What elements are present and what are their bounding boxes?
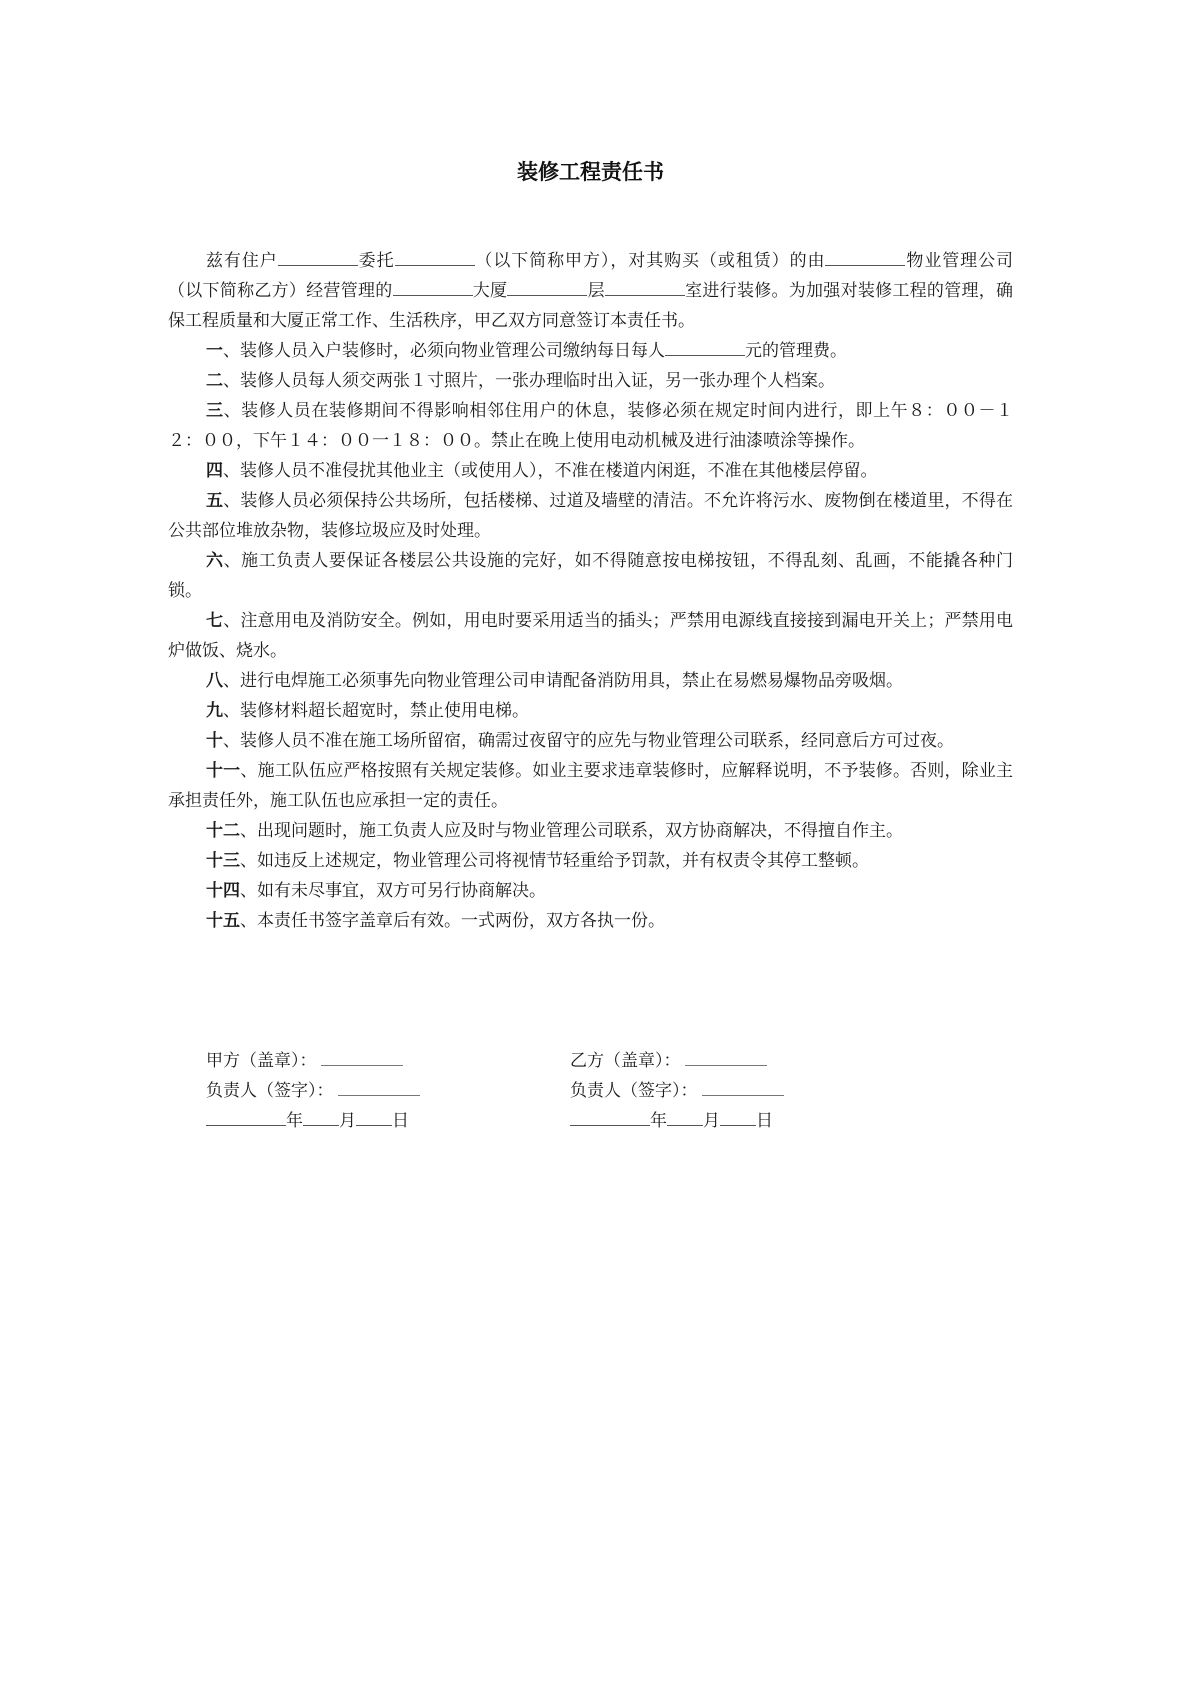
party-b-year-blank[interactable]: [570, 1107, 650, 1126]
intro-text: 大厦: [473, 281, 508, 301]
document-title: 装修工程责任书: [168, 156, 1013, 186]
party-b-signer-line: 负责人（签字）：: [570, 1076, 900, 1106]
party-b-date-line: 年月日: [570, 1106, 900, 1136]
clause-text: 、如违反上述规定，物业管理公司将视情节轻重给予罚款，并有权责令其停工整顿。: [240, 851, 869, 871]
month-label: 月: [703, 1111, 720, 1131]
clause-7: 七、注意用电及消防安全。例如，用电时要采用适当的插头；严禁用电源线直接接到漏电开…: [168, 606, 1013, 666]
day-label: 日: [756, 1111, 773, 1131]
intro-text: 兹有住户: [206, 251, 278, 271]
clause-number: 十三: [206, 851, 240, 871]
room-blank[interactable]: [605, 277, 685, 296]
party-a-signature: 甲方（盖章）： 负责人（签字）： 年月日: [206, 1046, 536, 1136]
clause-11: 十一、施工队伍应严格按照有关规定装修。如业主要求违章装修时，应解释说明，不予装修…: [168, 756, 1013, 816]
day-label: 日: [392, 1111, 409, 1131]
clause-number: 十五: [206, 911, 240, 931]
clause-number: 六: [206, 551, 224, 571]
clause-number: 十: [206, 731, 223, 751]
property-company-blank[interactable]: [825, 247, 905, 266]
clause-2: 二、装修人员每人须交两张１寸照片，一张办理临时出入证，另一张办理个人档案。: [168, 366, 1013, 396]
party-a-day-blank[interactable]: [356, 1107, 392, 1126]
clause-3: 三、装修人员在装修期间不得影响相邻住用户的休息，装修必须在规定时间内进行，即上午…: [168, 396, 1013, 456]
party-a-month-blank[interactable]: [303, 1107, 339, 1126]
agent-name-blank[interactable]: [395, 247, 475, 266]
party-a-signer-blank[interactable]: [338, 1077, 420, 1096]
intro-text: 委托: [358, 251, 395, 271]
party-b-seal-blank[interactable]: [685, 1047, 767, 1066]
party-b-signer-blank[interactable]: [702, 1077, 784, 1096]
document-body: 兹有住户委托（以下简称甲方），对其购买（或租赁）的由物业管理公司（以下简称乙方）…: [168, 246, 1013, 936]
clause-text: 、装修人员在装修期间不得影响相邻住用户的休息，装修必须在规定时间内进行，即上午８…: [168, 401, 1013, 451]
clause-text: 、装修材料超长超宽时，禁止使用电梯。: [223, 701, 529, 721]
clause-number: 七: [206, 611, 223, 631]
clause-number: 十四: [206, 881, 240, 901]
party-a-seal-line: 甲方（盖章）：: [206, 1046, 536, 1076]
clause-number: 五: [206, 491, 223, 511]
clause-number: 一: [206, 341, 223, 361]
management-fee-blank[interactable]: [665, 337, 745, 356]
party-a-date-line: 年月日: [206, 1106, 536, 1136]
party-b-signature: 乙方（盖章）： 负责人（签字）： 年月日: [570, 1046, 900, 1136]
party-b-month-blank[interactable]: [667, 1107, 703, 1126]
party-a-signer-line: 负责人（签字）：: [206, 1076, 536, 1106]
clause-text: 元的管理费。: [745, 341, 847, 361]
party-a-year-blank[interactable]: [206, 1107, 286, 1126]
clause-number: 十一: [206, 761, 240, 781]
clause-text: 、装修人员入户装修时，必须向物业管理公司缴纳每日每人: [223, 341, 665, 361]
clause-number: 二: [206, 371, 223, 391]
clause-10: 十、装修人员不准在施工场所留宿，确需过夜留守的应先与物业管理公司联系，经同意后方…: [168, 726, 1013, 756]
clause-text: 、装修人员不准侵扰其他业主（或使用人），不准在楼道内闲逛，不准在其他楼层停留。: [223, 461, 878, 481]
party-a-seal-blank[interactable]: [321, 1047, 403, 1066]
party-b-seal-line: 乙方（盖章）：: [570, 1046, 900, 1076]
clause-text: 、出现问题时，施工负责人应及时与物业管理公司联系，双方协商解决，不得擅自作主。: [240, 821, 903, 841]
clause-number: 九: [206, 701, 223, 721]
party-b-signer-label: 负责人（签字）：: [570, 1081, 698, 1101]
party-a-signer-label: 负责人（签字）：: [206, 1081, 334, 1101]
clause-14: 十四、如有未尽事宜，双方可另行协商解决。: [168, 876, 1013, 906]
intro-paragraph: 兹有住户委托（以下简称甲方），对其购买（或租赁）的由物业管理公司（以下简称乙方）…: [168, 246, 1013, 336]
clause-text: 、装修人员每人须交两张１寸照片，一张办理临时出入证，另一张办理个人档案。: [223, 371, 835, 391]
clause-4: 四、装修人员不准侵扰其他业主（或使用人），不准在楼道内闲逛，不准在其他楼层停留。: [168, 456, 1013, 486]
clause-text: 、本责任书签字盖章后有效。一式两份，双方各执一份。: [240, 911, 665, 931]
clause-number: 四: [206, 461, 223, 481]
year-label: 年: [650, 1111, 667, 1131]
clause-text: 、装修人员不准在施工场所留宿，确需过夜留守的应先与物业管理公司联系，经同意后方可…: [223, 731, 954, 751]
clause-6: 六、施工负责人要保证各楼层公共设施的完好，如不得随意按电梯按钮，不得乱刻、乱画，…: [168, 546, 1013, 606]
clause-8: 八、进行电焊施工必须事先向物业管理公司申请配备消防用具，禁止在易燃易爆物品旁吸烟…: [168, 666, 1013, 696]
clause-15: 十五、本责任书签字盖章后有效。一式两份，双方各执一份。: [168, 906, 1013, 936]
clause-number: 三: [206, 401, 224, 421]
resident-name-blank[interactable]: [278, 247, 358, 266]
party-b-seal-label: 乙方（盖章）：: [570, 1051, 681, 1071]
party-a-seal-label: 甲方（盖章）：: [206, 1051, 317, 1071]
clause-text: 、装修人员必须保持公共场所，包括楼梯、过道及墙壁的清洁。不允许将污水、废物倒在楼…: [168, 491, 1013, 541]
month-label: 月: [339, 1111, 356, 1131]
clause-9: 九、装修材料超长超宽时，禁止使用电梯。: [168, 696, 1013, 726]
clause-text: 、如有未尽事宜，双方可另行协商解决。: [240, 881, 546, 901]
building-blank[interactable]: [393, 277, 473, 296]
clause-12: 十二、出现问题时，施工负责人应及时与物业管理公司联系，双方协商解决，不得擅自作主…: [168, 816, 1013, 846]
intro-text: 层: [587, 281, 605, 301]
party-b-day-blank[interactable]: [720, 1107, 756, 1126]
clause-text: 、施工负责人要保证各楼层公共设施的完好，如不得随意按电梯按钮，不得乱刻、乱画，不…: [168, 551, 1013, 601]
year-label: 年: [286, 1111, 303, 1131]
clause-text: 、进行电焊施工必须事先向物业管理公司申请配备消防用具，禁止在易燃易爆物品旁吸烟。: [223, 671, 903, 691]
clause-5: 五、装修人员必须保持公共场所，包括楼梯、过道及墙壁的清洁。不允许将污水、废物倒在…: [168, 486, 1013, 546]
intro-text: （以下简称甲方），对其购买（或租赁）的由: [475, 251, 826, 271]
clause-text: 、注意用电及消防安全。例如，用电时要采用适当的插头；严禁用电源线直接接到漏电开关…: [168, 611, 1013, 661]
clause-1: 一、装修人员入户装修时，必须向物业管理公司缴纳每日每人元的管理费。: [168, 336, 1013, 366]
clause-13: 十三、如违反上述规定，物业管理公司将视情节轻重给予罚款，并有权责令其停工整顿。: [168, 846, 1013, 876]
floor-blank[interactable]: [507, 277, 587, 296]
clause-text: 、施工队伍应严格按照有关规定装修。如业主要求违章装修时，应解释说明，不予装修。否…: [168, 761, 1013, 811]
clause-number: 十二: [206, 821, 240, 841]
clause-number: 八: [206, 671, 223, 691]
